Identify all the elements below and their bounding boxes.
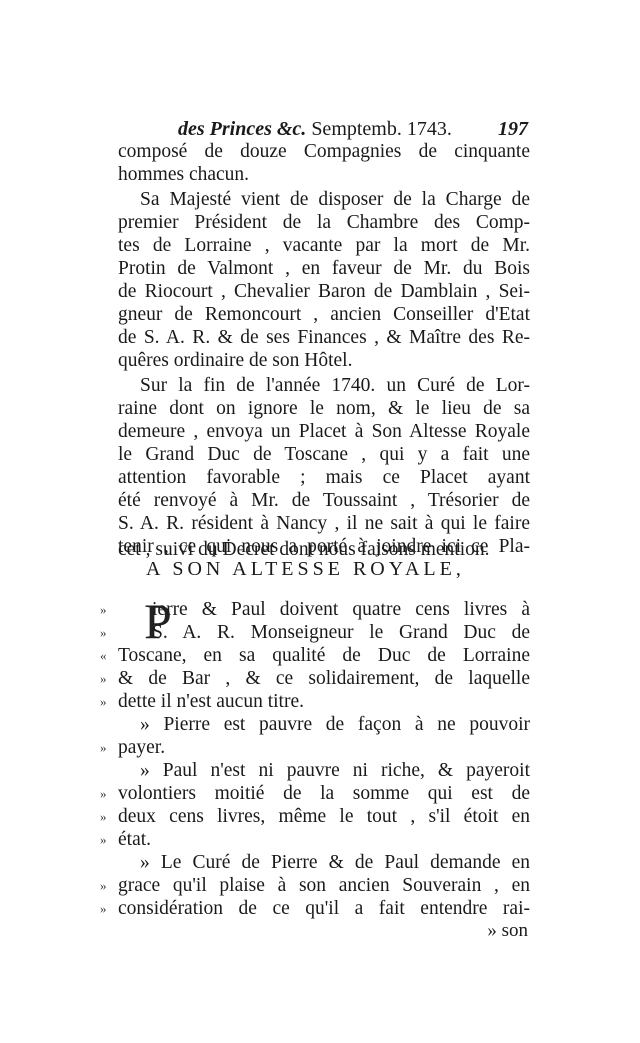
running-title: des Princes &c. Semptemb. 1743. (178, 118, 452, 141)
text-line: premier Président de la Chambre des Comp… (118, 211, 530, 235)
text-line: Sur la fin de l'année 1740. un Curé de L… (140, 374, 530, 398)
petition-line: » Le Curé de Pierre & de Paul demande en (140, 851, 530, 875)
header-date: Semptemb. 1743. (311, 118, 452, 140)
page-number: 197 (498, 118, 528, 141)
quote-mark: » (100, 874, 107, 898)
petition-line: »ierre & Paul doivent quatre cens livres… (152, 598, 530, 622)
text-line: S. A. R. résident à Nancy , il ne sait à… (118, 512, 530, 536)
petition-text: considération de ce qu'il a fait entendr… (118, 898, 530, 919)
quote-mark: « (100, 644, 107, 668)
text-line: hommes chacun. (118, 163, 530, 187)
petition-text: deux cens livres, même le tout , s'il ét… (118, 806, 530, 827)
petition-text: » Pierre est pauvre de façon à ne pouvoi… (140, 714, 530, 735)
petition-text: dette il n'est aucun titre. (118, 691, 304, 712)
quote-mark: » (100, 805, 107, 829)
quote-mark: » (100, 598, 107, 622)
quote-mark: » (100, 782, 107, 806)
running-title-italic: des Princes &c. (178, 118, 306, 140)
text-line: demeure , envoya un Placet à Son Altesse… (118, 420, 530, 444)
quote-mark: » (100, 667, 107, 691)
quote-mark: » (100, 828, 107, 852)
petition-line: »payer. (118, 736, 530, 760)
petition-line: »grace qu'il plaise à son ancien Souvera… (118, 874, 530, 898)
text-line: attention favorable ; mais ce Placet aya… (118, 466, 530, 490)
petition-text: état. (118, 829, 151, 850)
petition-text: Toscane, en sa qualité de Duc de Lorrain… (118, 645, 530, 666)
petition-text: & de Bar , & ce solidairement, de laquel… (118, 668, 530, 689)
quote-mark: » (100, 897, 107, 921)
petition-line: » Paul n'est ni pauvre ni riche, & payer… (140, 759, 530, 783)
petition-line: »S. A. R. Monseigneur le Grand Duc de (152, 621, 530, 645)
text-line: tes de Lorraine , vacante par la mort de… (118, 234, 530, 258)
petition-line: »état. (118, 828, 530, 852)
petition-text: » Paul n'est ni pauvre ni riche, & payer… (140, 760, 530, 781)
petition-text: payer. (118, 737, 165, 758)
petition-line: »& de Bar , & ce solidairement, de laque… (118, 667, 530, 691)
petition-text: volontiers moitié de la somme qui est de (118, 783, 530, 804)
text-line: Sa Majesté vient de disposer de la Charg… (140, 188, 530, 212)
address-heading: A SON ALTESSE ROYALE, (146, 558, 465, 581)
text-line: de Riocourt , Chevalier Baron de Damblai… (118, 280, 530, 304)
catchword: » son (487, 920, 528, 942)
text-line: composé de douze Compagnies de cinquante (118, 140, 530, 164)
quote-mark: » (100, 621, 107, 645)
petition-text: » Le Curé de Pierre & de Paul demande en (140, 852, 530, 873)
petition-line: »volontiers moitié de la somme qui est d… (118, 782, 530, 806)
petition-line: »dette il n'est aucun titre. (118, 690, 530, 714)
petition-text: ierre & Paul doivent quatre cens livres … (152, 599, 530, 620)
text-line: de S. A. R. & de ses Finances , & Maître… (118, 326, 530, 350)
text-line: quêres ordinaire de son Hôtel. (118, 349, 530, 373)
quote-mark: » (100, 736, 107, 760)
text-line: été renvoyé à Mr. de Toussaint , Trésori… (118, 489, 530, 513)
petition-line: «Toscane, en sa qualité de Duc de Lorrai… (118, 644, 530, 668)
petition-line: » Pierre est pauvre de façon à ne pouvoi… (140, 713, 530, 737)
text-line: le Grand Duc de Toscane , qui y a fait u… (118, 443, 530, 467)
petition-line: »considération de ce qu'il a fait entend… (118, 897, 530, 921)
text-line: raine dont on ignore le nom, & le lieu d… (118, 397, 530, 421)
petition-text: grace qu'il plaise à son ancien Souverai… (118, 875, 530, 896)
text-line: Protin de Valmont , en faveur de Mr. du … (118, 257, 530, 281)
petition-text: S. A. R. Monseigneur le Grand Duc de (152, 622, 530, 643)
petition-line: »deux cens livres, même le tout , s'il é… (118, 805, 530, 829)
quote-mark: » (100, 690, 107, 714)
text-line: gneur de Remoncourt , ancien Conseiller … (118, 303, 530, 327)
